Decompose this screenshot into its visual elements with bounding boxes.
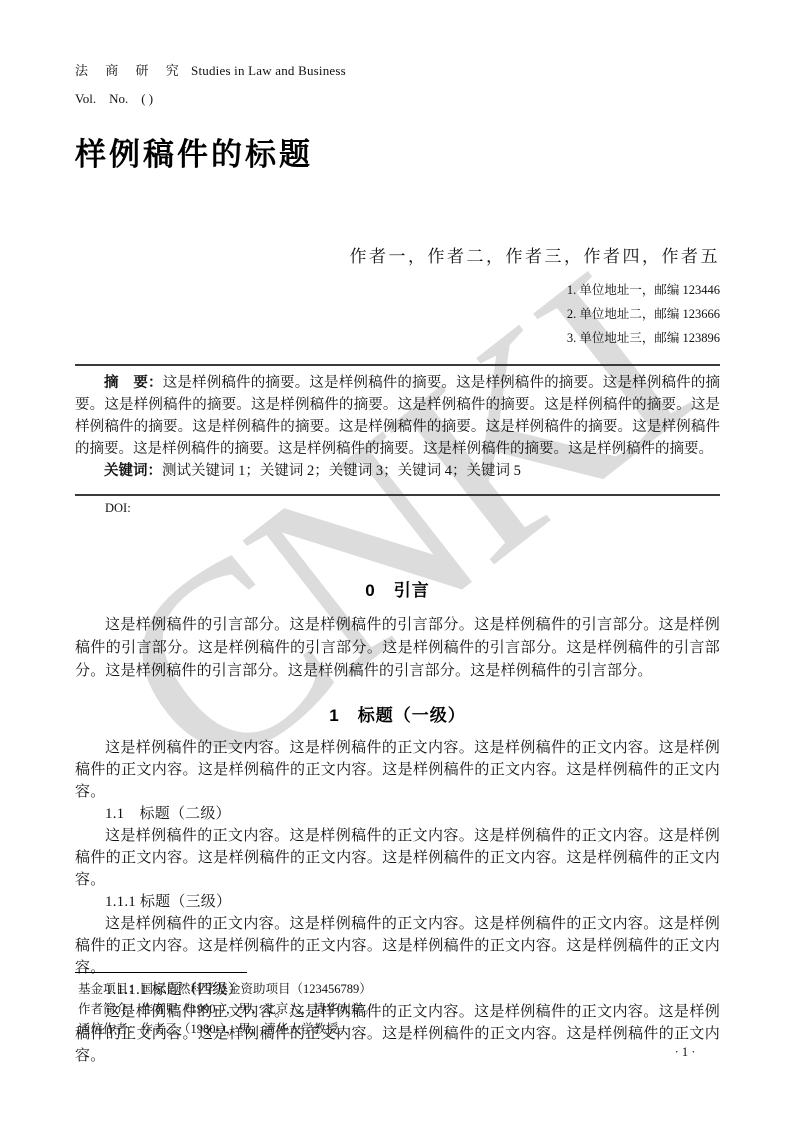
keywords-text: 测试关键词 1；关键词 2；关键词 3；关键词 4；关键词 5	[162, 463, 521, 479]
affiliation-item: 2. 单位地址二，邮编 123666	[75, 302, 720, 326]
abstract-text: 这是样例稿件的摘要。这是样例稿件的摘要。这是样例稿件的摘要。这是样例稿件的摘要。…	[75, 375, 720, 457]
article-title: 样例稿件的标题	[75, 129, 313, 174]
footnote-author-bio: 作者简介：作者甲（1990-），男，北京人，清华大学。	[78, 999, 723, 1019]
footnote-fund-project: 基金项目：国家自然科学基金资助项目（123456789）	[78, 979, 723, 999]
journal-header: 法 商 研 究 Studies in Law and Business	[75, 60, 346, 79]
authors-line: 作者一，作者二，作者三，作者四，作者五	[75, 242, 720, 267]
footnote-corresponding-author: 通信作者：作者乙（1980-），男，清华大学教授。	[78, 1019, 723, 1039]
affiliation-list: 1. 单位地址一，邮编 123446 2. 单位地址二，邮编 123666 3.…	[75, 278, 720, 350]
abstract-paragraph: 摘 要：这是样例稿件的摘要。这是样例稿件的摘要。这是样例稿件的摘要。这是样例稿件…	[75, 372, 720, 460]
page-number: · 1 ·	[655, 1045, 715, 1060]
document-page: CNKI 法 商 研 究 Studies in Law and Business…	[0, 0, 794, 1123]
affiliation-item: 1. 单位地址一，邮编 123446	[75, 278, 720, 302]
section-heading-intro: 0 引言	[75, 576, 720, 601]
abstract-rule-top	[75, 364, 720, 366]
footnote-block: 基金项目：国家自然科学基金资助项目（123456789） 作者简介：作者甲（19…	[78, 979, 723, 1039]
subsection-heading-1-1-1: 1.1.1 标题（三级）	[75, 891, 720, 913]
body-paragraph-3: 这是样例稿件的正文内容。这是样例稿件的正文内容。这是样例稿件的正文内容。这是样例…	[75, 913, 720, 979]
abstract-block: 摘 要：这是样例稿件的摘要。这是样例稿件的摘要。这是样例稿件的摘要。这是样例稿件…	[75, 372, 720, 482]
subsection-heading-1-1: 1.1 标题（二级）	[75, 803, 720, 825]
volume-issue-line: Vol. No. ( )	[75, 88, 153, 107]
body-paragraph-2: 这是样例稿件的正文内容。这是样例稿件的正文内容。这是样例稿件的正文内容。这是样例…	[75, 825, 720, 891]
intro-paragraph: 这是样例稿件的引言部分。这是样例稿件的引言部分。这是样例稿件的引言部分。这是样例…	[75, 614, 720, 683]
section-heading-1: 1 标题（一级）	[75, 701, 720, 726]
body-paragraph-1: 这是样例稿件的正文内容。这是样例稿件的正文内容。这是样例稿件的正文内容。这是样例…	[75, 737, 720, 803]
journal-title-en: Studies in Law and Business	[191, 63, 346, 78]
keywords-label: 关键词：	[104, 463, 162, 479]
doi-label: DOI:	[75, 501, 720, 516]
abstract-rule-bottom	[75, 494, 720, 496]
affiliation-item: 3. 单位地址三，邮编 123896	[75, 326, 720, 350]
journal-title-cn: 法 商 研 究	[75, 63, 186, 78]
abstract-label: 摘 要：	[104, 375, 163, 391]
footnote-separator-rule	[75, 972, 247, 973]
keywords-paragraph: 关键词：测试关键词 1；关键词 2；关键词 3；关键词 4；关键词 5	[75, 460, 720, 482]
